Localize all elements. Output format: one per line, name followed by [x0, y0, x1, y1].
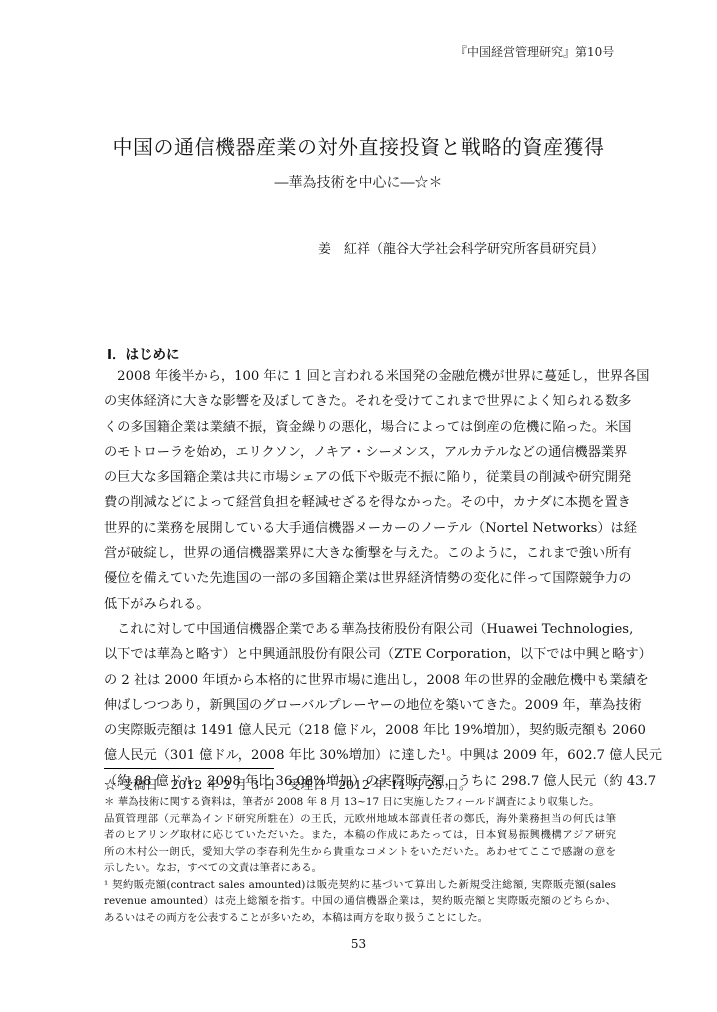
body-line: 費の削減などによって経営負担を軽減せざるを得なかった。その中，カナダに本拠を置き: [104, 490, 616, 515]
footnote-line: 者のヒアリング取材に応じていただいた。また，本稿の作成にあたっては，日本貿易振興…: [104, 827, 616, 844]
body-line: 営が破綻し，世界の通信機器業界に大きな衝撃を与えた。このように，これまで強い所有: [104, 541, 616, 566]
body-line: 億人民元（301 億ドル，2008 年比 30%増加）に達した¹。中興は 200…: [104, 743, 616, 768]
body-line: 以下では華為と略す）と中興通訊股份有限公司（ZTE Corporation，以下…: [104, 642, 616, 667]
body-line: の 2 社は 2000 年頃から本格的に世界市場に進出し，2008 年の世界的金…: [104, 668, 616, 693]
footnote-received: ☆ 受稿日 2012 年 2 月 3 日 受理日 2012 年 11 月 25 …: [104, 775, 616, 794]
article-title: 中国の通信機器産業の対外直接投資と戦略的資産獲得: [0, 131, 717, 160]
footnote-line: revenue amounted）は売上総額を指す。中国の通信機器企業は，契約販…: [104, 893, 616, 910]
body-line: くの多国籍企業は業績不振，資金繰りの悪化，場合によっては倒産の危機に陥った。米国: [104, 415, 616, 440]
journal-header: 『中国経営管理研究』第10号: [455, 43, 614, 60]
author-line: 姜 紅祥（龍谷大学社会科学研究所客員研究員）: [318, 238, 604, 257]
section-heading: Ⅰ．はじめに: [107, 343, 180, 363]
body-line: の実際販売額は 1491 億人民元（218 億ドル，2008 年比 19%増加）…: [104, 718, 616, 743]
body-line: のモトローラを始め，エリクソン，ノキア・シーメンス，アルカテルなどの通信機器業界: [104, 440, 616, 465]
footnote-line: あるいはその両方を公表することが多いため，本稿は両方を取り扱うことにした。: [104, 910, 616, 927]
footnote-line: 示したい。なお，すべての文責は筆者にある。: [104, 860, 616, 877]
footnote-line: 品質管理部（元華為インド研究所駐在）の王氏，元欧州地域本部責任者の鄭氏，海外業務…: [104, 811, 616, 828]
page-number: 53: [0, 937, 717, 951]
body-line: 低下がみられる。: [104, 592, 616, 617]
body-line: 伸ばしつつあり，新興国のグローバルプレーヤーの地位を築いてきた。2009 年，華…: [104, 693, 616, 718]
footnote-line: ＊ 華為技術に関する資料は，筆者が 2008 年 8 月 13~17 日に実施し…: [104, 794, 616, 811]
body-line: 2008 年後半から，100 年に 1 回と言われる米国発の金融危機が世界に蔓延…: [104, 364, 616, 389]
body-line: の巨大な多国籍企業は共に市場シェアの低下や販売不振に陥り，従業員の削減や研究開発: [104, 465, 616, 490]
article-subtitle: ―華為技術を中心に―☆＊: [0, 172, 717, 192]
footnote-line: 所の木村公一朗氏，愛知大学の李春利先生から貴重なコメントをいただいた。あわせてこ…: [104, 844, 616, 861]
body-text: 2008 年後半から，100 年に 1 回と言われる米国発の金融危機が世界に蔓延…: [104, 364, 616, 794]
body-line: 世界的に業務を展開している大手通信機器メーカーのノーテル（Nortel Netw…: [104, 516, 616, 541]
footnotes: ☆ 受稿日 2012 年 2 月 3 日 受理日 2012 年 11 月 25 …: [104, 775, 616, 926]
body-line: これに対して中国通信機器企業である華為技術股份有限公司（Huawei Techn…: [104, 617, 616, 642]
footnote-line: ¹ 契約販売額(contract sales amounted)は販売契約に基づ…: [104, 877, 616, 894]
footnote-divider: [104, 768, 274, 769]
body-line: 優位を備えていた先進国の一部の多国籍企業は世界経済情勢の変化に伴って国際競争力の: [104, 566, 616, 591]
body-line: の実体経済に大きな影響を及ぼしてきた。それを受けてこれまで世界によく知られる数多: [104, 389, 616, 414]
